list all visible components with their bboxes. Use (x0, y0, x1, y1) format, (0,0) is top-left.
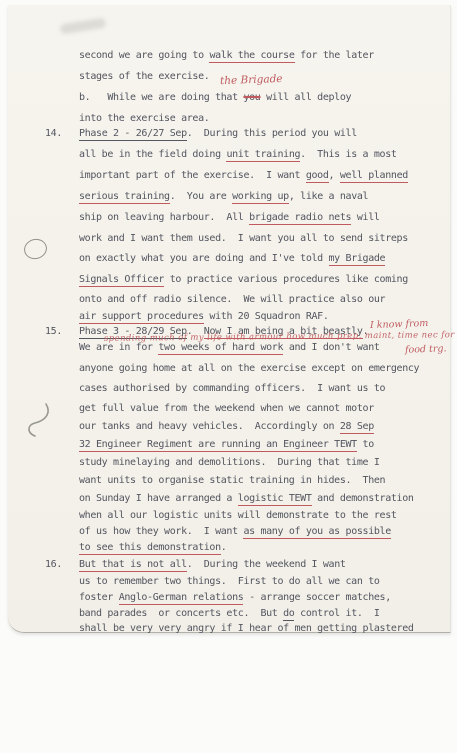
typed-line: ship on leaving harbour. All brigade rad… (79, 211, 380, 224)
handwritten-margin-note: I know from (370, 318, 429, 331)
red-underlined-phrase: good (306, 170, 329, 183)
typed-line: to see this demonstration. (79, 541, 226, 554)
text-run: band parades or concerts etc. But (79, 608, 283, 619)
red-underlined-phrase: brigade radio nets (249, 212, 351, 225)
text-run: us to remember two things. First to do a… (79, 576, 380, 587)
typed-line: 16. But that is not all. During the week… (45, 558, 346, 571)
text-run: . This is a most (300, 149, 396, 160)
red-underlined-phrase: unit training (226, 149, 300, 162)
paragraph-number: 14. (45, 128, 79, 139)
pen-circle-mark (22, 237, 49, 262)
text-run: second we are going to (79, 50, 209, 61)
typed-line: want units to organise static training i… (79, 474, 385, 487)
typed-line: work and I want them used. I want you al… (79, 232, 408, 245)
handwritten-insertion: the Brigade (220, 73, 283, 87)
typed-line: all be in the field doing unit training.… (79, 148, 397, 161)
typed-line: Signals Officer to practice various proc… (79, 273, 408, 286)
text-run: foster (79, 592, 119, 603)
typed-line: on Sunday I have arranged a logistic TEW… (79, 492, 414, 505)
typed-line: 14. Phase 2 - 26/27 Sep. During this per… (45, 127, 357, 140)
red-underlined-phrase: logistic TEWT (238, 493, 312, 506)
text-run: work and I want them used. I want you al… (79, 233, 408, 244)
typed-line: serious training. You are working up, li… (79, 190, 368, 203)
red-underlined-phrase: working up (232, 191, 289, 204)
text-run: and I don't want (283, 342, 379, 353)
text-run: to (357, 439, 374, 450)
typed-line: our tanks and heavy vehicles. Accordingl… (79, 420, 374, 433)
typed-line: get full value from the weekend when we … (79, 402, 374, 415)
text-run: ship on leaving harbour. All (79, 212, 249, 223)
text-run: our tanks and heavy vehicles. Accordingl… (79, 421, 340, 432)
typed-line: band parades or concerts etc. But do con… (79, 607, 380, 620)
text-run: with 20 Squadron RAF. (204, 311, 329, 322)
text-run: and demonstration (312, 493, 414, 504)
text-run: , like a naval (289, 191, 368, 202)
text-run: , (329, 170, 340, 181)
typed-line: 32 Engineer Regiment are running an Engi… (79, 438, 374, 451)
red-underlined-phrase: Anglo-German relations (119, 592, 244, 605)
typed-line: of us how they work. I want as many of y… (79, 525, 391, 538)
text-run: to practice various procedures like comi… (164, 274, 408, 285)
text-run: stages of the exercise. (79, 71, 209, 82)
typed-underlined-phrase: Phase 2 - 26/27 Sep (79, 128, 187, 141)
red-underlined-phrase: Signals Officer (79, 274, 164, 287)
typed-underlined-phrase: do (283, 608, 294, 621)
typed-line: shall be very very angry if I hear of me… (79, 622, 414, 635)
insertion-caret: ^ (255, 96, 260, 106)
text-run: . (221, 542, 227, 553)
text-run: all be in the field doing (79, 149, 226, 160)
paragraph-number: 16. (45, 559, 79, 570)
text-run: anyone going home at all on the exercise… (79, 363, 419, 374)
typed-line: study minelaying and demolitions. During… (79, 456, 380, 469)
typed-line: important part of the exercise. I want g… (79, 169, 408, 182)
text-run: control it. I (294, 608, 379, 619)
text-run: of us how they work. I want (79, 526, 243, 537)
red-underlined-phrase: two weeks of hard work (158, 342, 283, 355)
red-underlined-phrase: well planned (340, 170, 408, 183)
text-run: . During this period you will (187, 128, 357, 139)
text-run: for the later (295, 50, 374, 61)
text-run: important part of the exercise. I want (79, 170, 306, 181)
text-run: on Sunday I have arranged a (79, 493, 238, 504)
red-underlined-phrase: to see this demonstration (79, 542, 221, 555)
typed-line: anyone going home at all on the exercise… (79, 362, 419, 375)
text-run: b. While we are doing that (79, 92, 243, 103)
typed-line: foster Anglo-German relations - arrange … (79, 591, 391, 604)
text-run: when all our logistic units will demonst… (79, 510, 397, 521)
red-underlined-phrase: air support procedures (79, 311, 204, 324)
text-run: get full value from the weekend when we … (79, 403, 374, 414)
typed-line: second we are going to walk the course f… (79, 49, 374, 62)
text-run: on exactly what you are doing and I've t… (79, 253, 329, 264)
text-run: will all deploy (260, 92, 351, 103)
typed-line: b. While we are doing that you will all … (79, 91, 351, 104)
typed-line: air support procedures with 20 Squadron … (79, 310, 329, 323)
red-underlined-phrase: walk the course (209, 50, 294, 63)
text-run: want units to organise static training i… (79, 475, 385, 486)
red-underlined-phrase: 28 Sep (340, 421, 374, 434)
typed-line: us to remember two things. First to do a… (79, 575, 380, 588)
text-run: onto and off radio silence. We will prac… (79, 294, 385, 305)
scanned-memo-page: second we are going to walk the course f… (8, 5, 451, 633)
typed-line: on exactly what you are doing and I've t… (79, 252, 385, 265)
red-underlined-phrase: serious training (79, 191, 170, 204)
text-run: into the exercise area. (79, 113, 209, 124)
text-run: will (351, 212, 379, 223)
handwritten-margin-note-continuation: food trg. (405, 343, 447, 355)
pencil-smudge (60, 17, 107, 34)
text-run: . You are (170, 191, 232, 202)
red-underlined-phrase: as many of you as possible (243, 526, 390, 539)
red-underlined-phrase: my Brigade (329, 253, 386, 266)
text-run: shall be very very angry if I hear of me… (79, 623, 414, 634)
typed-line: cases authorised by commanding officers.… (79, 382, 385, 395)
typed-line: when all our logistic units will demonst… (79, 509, 397, 522)
typed-line: into the exercise area. (79, 112, 209, 125)
text-run: study minelaying and demolitions. During… (79, 457, 380, 468)
red-underlined-phrase: But that is not all (79, 559, 187, 572)
typed-line: onto and off radio silence. We will prac… (79, 293, 385, 306)
pen-squiggle-mark (24, 402, 52, 440)
text-run: - arrange soccer matches, (243, 592, 390, 603)
text-run: . During the weekend I want (187, 559, 346, 570)
paragraph-number: 15. (45, 326, 79, 337)
text-run: cases authorised by commanding officers.… (79, 383, 385, 394)
red-underlined-phrase: 32 Engineer Regiment are running an Engi… (79, 439, 357, 452)
typed-line: stages of the exercise. (79, 70, 209, 83)
